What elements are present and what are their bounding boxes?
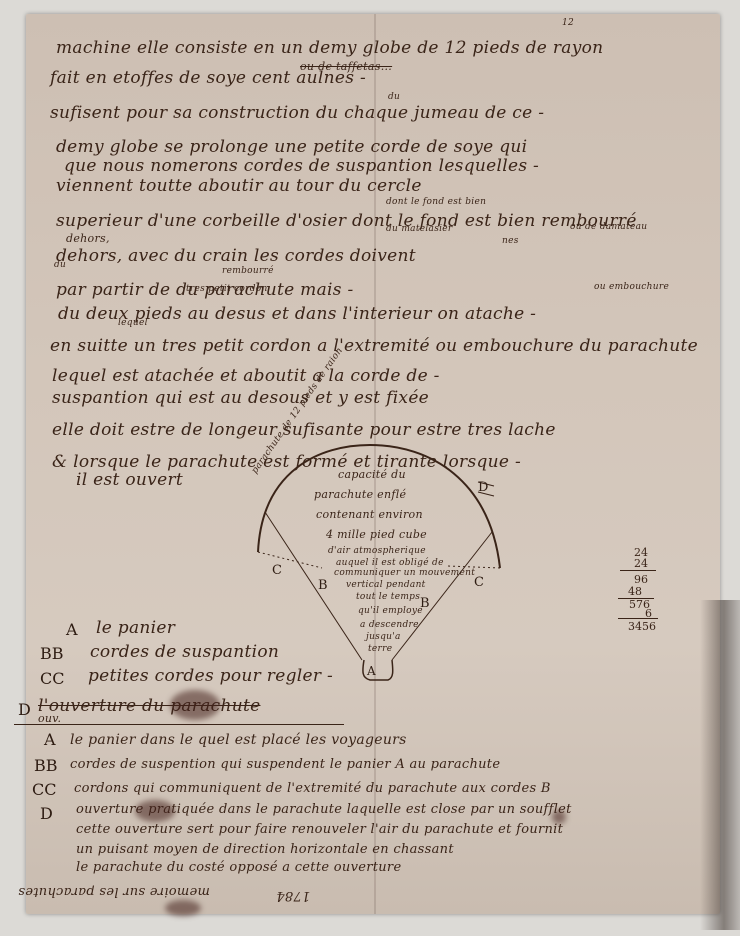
capacity-line-1: capacité du <box>338 468 406 481</box>
capacity-line-12: jusqu'a <box>366 632 401 642</box>
arith-line-4: 48 <box>612 585 642 598</box>
capacity-line-5: d'air atmospherique <box>328 546 426 556</box>
legend-long-text-bb: cordes de suspention qui suspendent le p… <box>70 757 500 772</box>
label-d: D <box>478 480 488 495</box>
legend-long-text-cont-3: le parachute du costé opposé a cette ouv… <box>76 860 401 875</box>
legend-divider <box>14 724 344 725</box>
legend-short-letter-d: D <box>18 700 31 719</box>
legend-long-text-a: le panier dans le quel est placé les voy… <box>70 732 407 748</box>
arith-rule-3 <box>618 618 658 619</box>
legend-long-letter-cc: CC <box>32 780 56 799</box>
arith-line-7: 3456 <box>612 620 656 633</box>
capacity-line-6: auquel il est obligé de <box>336 558 444 568</box>
legend-short-text-bb: cordes de suspantion <box>90 642 279 662</box>
legend-short-letter-cc: CC <box>40 669 64 688</box>
ink-stain <box>170 690 220 720</box>
footer-inverted-text: memoire sur les parachutes <box>18 884 210 899</box>
arith-rule-1 <box>620 570 656 571</box>
label-b-right: B <box>420 596 430 611</box>
legend-short-text-d: l'ouverture du parachute <box>38 696 260 716</box>
capacity-line-10: qu'il employe <box>358 606 423 616</box>
ink-stain <box>135 800 175 822</box>
ink-stain <box>552 810 566 824</box>
legend-long-letter-a: A <box>44 730 56 749</box>
ink-stain <box>165 900 201 916</box>
legend-short-text-a: le panier <box>96 618 175 638</box>
legend-long-letter-d: D <box>40 804 53 823</box>
legend-long-letter-bb: BB <box>34 756 58 775</box>
arith-line-2: 24 <box>618 557 648 570</box>
capacity-line-13: terre <box>368 644 392 654</box>
legend-long-text-cont-2: un puisant moyen de direction horizontal… <box>76 842 454 857</box>
label-b-left: B <box>318 578 328 593</box>
capacity-line-3: contenant environ <box>316 508 423 521</box>
footer-inverted-year: 1784 <box>276 888 310 903</box>
label-a: A <box>367 664 376 678</box>
legend-short-letter-a: A <box>66 620 78 639</box>
label-c-left: C <box>272 563 282 578</box>
capacity-line-8: vertical pendant <box>346 580 426 590</box>
capacity-line-11: a descendre <box>360 620 419 630</box>
capacity-line-7: communiquer un mouvement <box>334 568 475 578</box>
legend-long-text-cc: cordons qui communiquent de l'extremité … <box>74 781 551 796</box>
label-c-right: C <box>474 575 484 590</box>
capacity-line-2: parachute enflé <box>314 488 406 501</box>
legend-long-text-cont-1: cette ouverture sert pour faire renouvel… <box>76 822 563 837</box>
legend-short-letter-bb: BB <box>40 644 64 663</box>
capacity-line-9: tout le temps <box>356 592 420 602</box>
capacity-line-4: 4 mille pied cube <box>326 528 427 541</box>
legend-short-text-cc: petites cordes pour regler - <box>88 666 333 686</box>
